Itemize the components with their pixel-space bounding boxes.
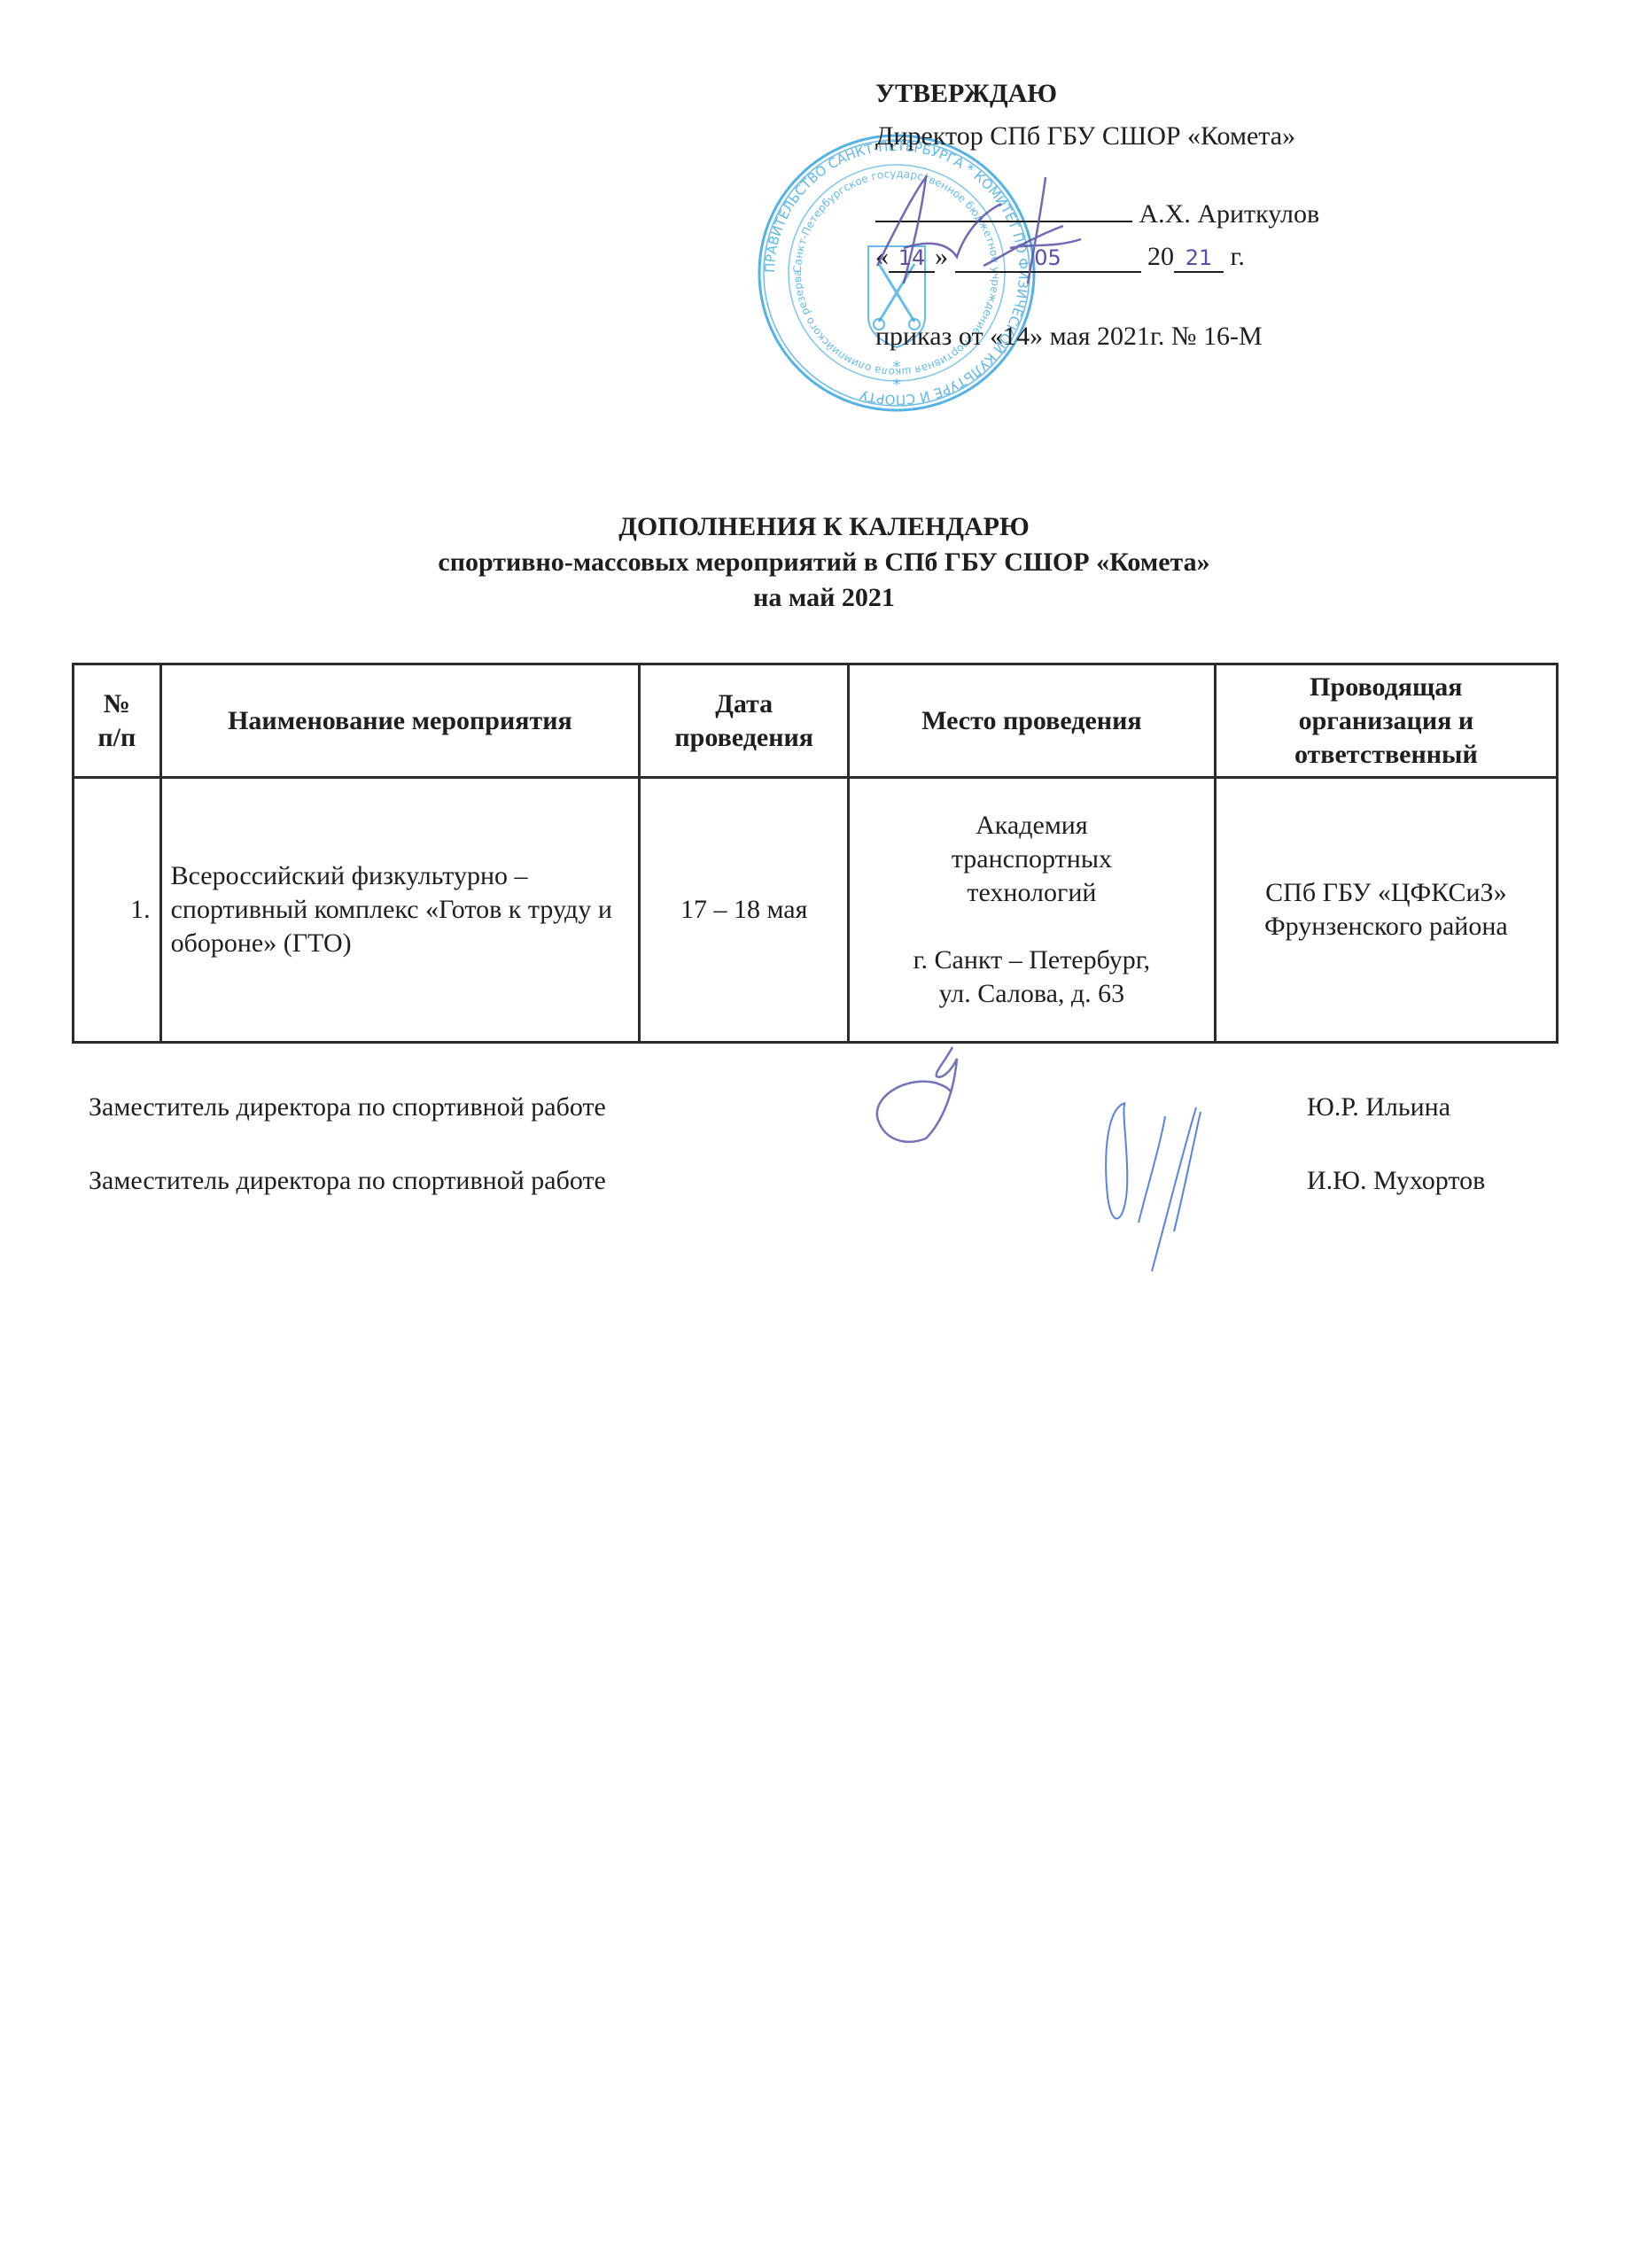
place-line-5: ул. Салова, д. 63	[859, 977, 1205, 1011]
place-line-4: г. Санкт – Петербург,	[859, 944, 1205, 977]
header-organizer-line-1: Проводящая	[1222, 671, 1551, 704]
place-line-3: технологий	[859, 876, 1205, 910]
deputy2-signature-icon	[1099, 1099, 1240, 1276]
row-organizer: СПб ГБУ «ЦФКСиЗ» Фрунзенского района	[1215, 778, 1557, 1043]
header-organizer: Проводящая организация и ответственный	[1215, 664, 1557, 778]
approval-heading: УТВЕРЖДАЮ	[875, 73, 1319, 115]
approval-position: Директор СПб ГБУ СШОР «Комета»	[875, 115, 1319, 158]
header-date: Дата проведения	[640, 664, 849, 778]
header-organizer-line-3: ответственный	[1222, 738, 1551, 772]
header-number: № п/п	[74, 664, 161, 778]
approval-date-line: «14» 05 2021 г.	[875, 236, 1319, 278]
place-line-1: Академия	[859, 809, 1205, 843]
header-place: Место проведения	[849, 664, 1216, 778]
approval-date-day: 14	[889, 245, 935, 273]
document-title: ДОПОЛНЕНИЯ К КАЛЕНДАРЮ спортивно-массовы…	[0, 509, 1648, 616]
header-number-label: п/п	[80, 721, 154, 755]
title-line-1: ДОПОЛНЕНИЯ К КАЛЕНДАРЮ	[0, 509, 1648, 545]
header-date-line-1: Дата	[646, 687, 842, 721]
header-number-sign: №	[80, 687, 154, 721]
title-line-3: на май 2021	[0, 580, 1648, 616]
svg-text:*: *	[893, 358, 901, 377]
signature-name-1: Ю.Р. Ильина	[1307, 1091, 1450, 1123]
approval-date-month: 05	[955, 245, 1141, 273]
approval-signature-line: А.Х. Ариткулов	[875, 193, 1319, 236]
header-event-name: Наименование мероприятия	[160, 664, 640, 778]
row-date: 17 – 18 мая	[640, 778, 849, 1043]
row-number: 1.	[74, 778, 161, 1043]
director-signature-blank	[875, 194, 1132, 222]
title-line-2: спортивно-массовых мероприятий в СПб ГБУ…	[0, 545, 1648, 580]
signature-position-1: Заместитель директора по спортивной рабо…	[89, 1091, 606, 1123]
approval-order: приказ от «14» мая 2021г. № 16-М	[875, 315, 1319, 358]
deputy1-signature-icon	[873, 1045, 1006, 1152]
organizer-line-1: СПб ГБУ «ЦФКСиЗ»	[1225, 876, 1547, 910]
table-header-row: № п/п Наименование мероприятия Дата пров…	[74, 664, 1558, 778]
quote-open: «	[875, 242, 889, 271]
signature-name-2: И.Ю. Мухортов	[1307, 1165, 1485, 1197]
header-organizer-line-2: организация и	[1222, 704, 1551, 738]
row-place: Академия транспортных технологий г. Санк…	[849, 778, 1216, 1043]
approval-year-unit: г.	[1231, 242, 1245, 271]
approval-year-suffix: 21	[1174, 245, 1224, 273]
table-row: 1. Всероссийский физкультурно – спортивн…	[74, 778, 1558, 1043]
svg-text:*: *	[893, 376, 901, 394]
header-date-line-2: проведения	[646, 721, 842, 755]
quote-close: »	[935, 242, 948, 271]
approval-block: УТВЕРЖДАЮ Директор СПб ГБУ СШОР «Комета»…	[875, 73, 1319, 358]
approval-signatory: А.Х. Ариткулов	[1139, 199, 1320, 229]
approval-year-prefix: 20	[1147, 242, 1174, 271]
events-table: № п/п Наименование мероприятия Дата пров…	[72, 663, 1559, 1044]
signature-position-2: Заместитель директора по спортивной рабо…	[89, 1165, 606, 1197]
row-event-name: Всероссийский физкультурно – спортивный …	[160, 778, 640, 1043]
organizer-line-2: Фрунзенского района	[1225, 910, 1547, 944]
place-line-2: транспортных	[859, 843, 1205, 876]
